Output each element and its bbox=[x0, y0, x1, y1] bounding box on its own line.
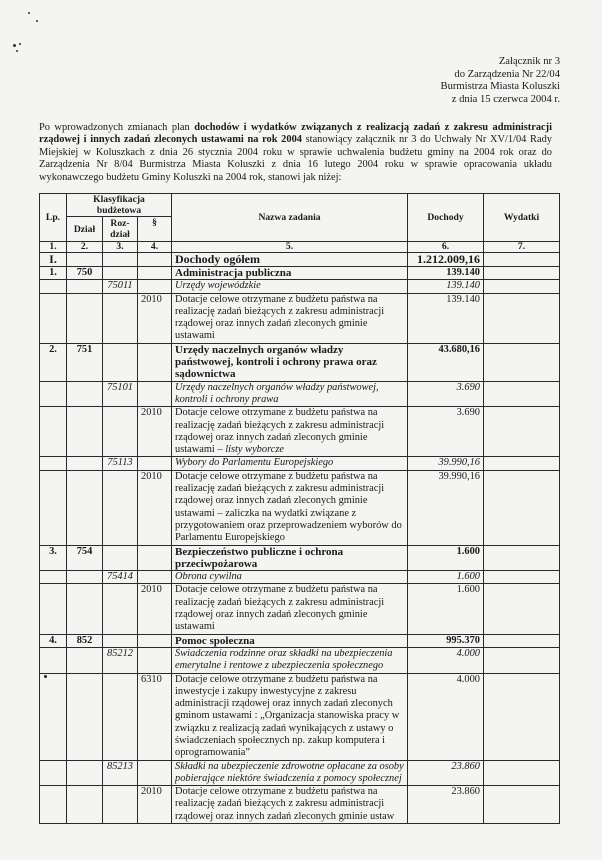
cell-dzial bbox=[67, 647, 103, 673]
cell-rozdzial: 75101 bbox=[103, 381, 138, 407]
cell-nazwa-text: Dotacje celowe otrzymane z budżetu państ… bbox=[175, 584, 384, 632]
cell-dochody: 139.140 bbox=[408, 280, 484, 293]
cell-lp: I. bbox=[40, 253, 67, 267]
cell-dochody-text: 1.600 bbox=[457, 546, 480, 557]
cell-rozdzial bbox=[103, 584, 138, 634]
budget-table: Lp. Klasyfikacja budżetowa Nazwa zadania… bbox=[39, 193, 560, 824]
cell-lp bbox=[40, 571, 67, 584]
cell-nazwa: Wybory do Parlamentu Europejskiego bbox=[172, 457, 408, 470]
cell-lp: 1. bbox=[40, 267, 67, 280]
cell-dochody-text: 39.990,16 bbox=[438, 471, 480, 482]
cell-dochody: 1.212.009,16 bbox=[408, 253, 484, 267]
cell-nazwa: Dotacje celowe otrzymane z budżetu państ… bbox=[172, 407, 408, 457]
cell-lp bbox=[40, 293, 67, 343]
annex-line: z dnia 15 czerwca 2004 r. bbox=[441, 94, 560, 107]
cell-nazwa: Urzędy naczelnych organów władzy państwo… bbox=[172, 381, 408, 407]
cell-paragraf: 2010 bbox=[138, 786, 172, 824]
cell-wydatki bbox=[484, 381, 560, 407]
cell-wydatki bbox=[484, 280, 560, 293]
cell-nazwa: Dochody ogółem bbox=[172, 253, 408, 267]
cell-paragraf bbox=[138, 647, 172, 673]
cell-lp bbox=[40, 673, 67, 760]
cell-dochody: 4.000 bbox=[408, 647, 484, 673]
annex-line: Załącznik nr 3 bbox=[441, 56, 560, 69]
cell-paragraf-text: 2010 bbox=[141, 584, 162, 595]
table-row-sub: 85213Składki na ubezpieczenie zdrowotne … bbox=[40, 760, 560, 786]
cell-dochody: 3.690 bbox=[408, 381, 484, 407]
cell-wydatki bbox=[484, 786, 560, 824]
cell-rozdzial-text: 75101 bbox=[107, 382, 133, 393]
cell-dochody-text: 23.860 bbox=[451, 786, 480, 797]
cell-lp bbox=[40, 381, 67, 407]
cell-nazwa: Obrona cywilna bbox=[172, 571, 408, 584]
cell-rozdzial-text: 85213 bbox=[107, 761, 133, 772]
cell-paragraf bbox=[138, 457, 172, 470]
cell-lp bbox=[40, 647, 67, 673]
cell-dochody: 3.690 bbox=[408, 407, 484, 457]
cell-paragraf-text: 2010 bbox=[141, 471, 162, 482]
cell-nazwa: Dotacje celowe otrzymane z budżetu państ… bbox=[172, 293, 408, 343]
cell-nazwa-text: Wybory do Parlamentu Europejskiego bbox=[175, 457, 333, 468]
cell-rozdzial bbox=[103, 407, 138, 457]
cell-lp bbox=[40, 470, 67, 545]
table-row-total: I.Dochody ogółem1.212.009,16 bbox=[40, 253, 560, 267]
cell-rozdzial: 75113 bbox=[103, 457, 138, 470]
cell-nazwa: Dotacje celowe otrzymane z budżetu państ… bbox=[172, 673, 408, 760]
table-row-item: 6310Dotacje celowe otrzymane z budżetu p… bbox=[40, 673, 560, 760]
cell-dzial-text: 751 bbox=[77, 344, 93, 355]
cell-rozdzial-text: 75414 bbox=[107, 571, 133, 582]
cell-paragraf-text: 2010 bbox=[141, 407, 162, 418]
cell-wydatki bbox=[484, 267, 560, 280]
cell-dzial bbox=[67, 407, 103, 457]
cell-dochody: 139.140 bbox=[408, 293, 484, 343]
cell-dochody-text: 4.000 bbox=[457, 674, 480, 685]
cell-dochody-text: 1.600 bbox=[457, 571, 480, 582]
cell-dochody: 995.370 bbox=[408, 634, 484, 647]
cell-nazwa: Bezpieczeństwo publiczne i ochrona przec… bbox=[172, 545, 408, 571]
column-numbers-row: 1. 2. 3. 4. 5. 6. 7. bbox=[40, 242, 560, 253]
cell-dzial bbox=[67, 381, 103, 407]
cell-wydatki bbox=[484, 253, 560, 267]
colnum: 3. bbox=[103, 242, 138, 253]
cell-wydatki bbox=[484, 673, 560, 760]
cell-dochody: 4.000 bbox=[408, 673, 484, 760]
cell-nazwa-text: Dotacje celowe otrzymane z budżetu państ… bbox=[175, 786, 394, 822]
cell-nazwa-text: Dotacje celowe otrzymane z budżetu państ… bbox=[175, 294, 384, 342]
table-row-item: 2010Dotacje celowe otrzymane z budżetu p… bbox=[40, 407, 560, 457]
cell-dzial: 754 bbox=[67, 545, 103, 571]
cell-dzial bbox=[67, 786, 103, 824]
cell-wydatki bbox=[484, 293, 560, 343]
cell-rozdzial: 85213 bbox=[103, 760, 138, 786]
cell-paragraf: 6310 bbox=[138, 673, 172, 760]
cell-dochody: 1.600 bbox=[408, 545, 484, 571]
header-klasyfikacja: Klasyfikacja budżetowa bbox=[67, 194, 172, 217]
cell-nazwa-text: Urzędy wojewódzkie bbox=[175, 280, 261, 291]
cell-paragraf bbox=[138, 760, 172, 786]
cell-dochody: 139.140 bbox=[408, 267, 484, 280]
cell-wydatki bbox=[484, 634, 560, 647]
cell-paragraf bbox=[138, 253, 172, 267]
cell-dochody: 1.600 bbox=[408, 584, 484, 634]
cell-nazwa-text: Dotacje celowe otrzymane z budżetu państ… bbox=[175, 674, 399, 759]
cell-wydatki bbox=[484, 470, 560, 545]
cell-dochody-text: 995.370 bbox=[446, 635, 480, 646]
cell-nazwa: Pomoc społeczna bbox=[172, 634, 408, 647]
colnum: 6. bbox=[408, 242, 484, 253]
cell-lp-text: 3. bbox=[49, 546, 57, 557]
cell-paragraf bbox=[138, 634, 172, 647]
cell-nazwa: Świadczenia rodzinne oraz składki na ube… bbox=[172, 647, 408, 673]
scan-specks bbox=[0, 0, 60, 60]
cell-nazwa-text: Obrona cywilna bbox=[175, 571, 242, 582]
cell-lp bbox=[40, 760, 67, 786]
cell-paragraf: 2010 bbox=[138, 293, 172, 343]
cell-nazwa-text: Świadczenia rodzinne oraz składki na ube… bbox=[175, 648, 393, 671]
cell-rozdzial bbox=[103, 673, 138, 760]
cell-nazwa-text: Składki na ubezpieczenie zdrowotne opłac… bbox=[175, 761, 404, 784]
cell-rozdzial bbox=[103, 267, 138, 280]
intro-paragraph: Po wprowadzonych zmianach plan dochodów … bbox=[39, 122, 552, 184]
cell-wydatki bbox=[484, 407, 560, 457]
cell-paragraf-text: 2010 bbox=[141, 294, 162, 305]
cell-nazwa-text: Urzędy naczelnych organów władzy państwo… bbox=[175, 382, 379, 405]
table-row-item: 2010Dotacje celowe otrzymane z budżetu p… bbox=[40, 293, 560, 343]
cell-dochody-text: 1.212.009,16 bbox=[417, 252, 480, 266]
annex-line: do Zarządzenia Nr 22/04 bbox=[441, 69, 560, 82]
cell-nazwa-text: Administracja publiczna bbox=[175, 267, 291, 279]
cell-nazwa-text: Urzędy naczelnych organów władzy państwo… bbox=[175, 344, 377, 381]
colnum: 2. bbox=[67, 242, 103, 253]
cell-dzial bbox=[67, 280, 103, 293]
cell-dochody-text: 3.690 bbox=[457, 382, 480, 393]
cell-dochody: 43.680,16 bbox=[408, 343, 484, 381]
header-dochody: Dochody bbox=[408, 194, 484, 242]
cell-paragraf bbox=[138, 267, 172, 280]
cell-nazwa: Dotacje celowe otrzymane z budżetu państ… bbox=[172, 470, 408, 545]
cell-lp-text: 4. bbox=[49, 635, 57, 646]
cell-nazwa-text: Bezpieczeństwo publiczne i ochrona przec… bbox=[175, 546, 343, 570]
cell-lp-text: 1. bbox=[49, 267, 57, 278]
cell-paragraf-text: 2010 bbox=[141, 786, 162, 797]
cell-paragraf bbox=[138, 571, 172, 584]
cell-dochody: 23.860 bbox=[408, 760, 484, 786]
cell-paragraf: 2010 bbox=[138, 470, 172, 545]
cell-dzial-text: 754 bbox=[77, 546, 93, 557]
cell-lp bbox=[40, 584, 67, 634]
intro-text: Po wprowadzonych zmianach plan bbox=[39, 122, 194, 133]
table-row-sub: 75414Obrona cywilna1.600 bbox=[40, 571, 560, 584]
cell-dochody-text: 4.000 bbox=[457, 648, 480, 659]
header-rozdzial: Roz- dział bbox=[103, 217, 138, 242]
cell-dzial: 750 bbox=[67, 267, 103, 280]
cell-dochody: 23.860 bbox=[408, 786, 484, 824]
cell-dochody-text: 139.140 bbox=[446, 280, 480, 291]
cell-nazwa-text: Pomoc społeczna bbox=[175, 635, 255, 647]
cell-wydatki bbox=[484, 343, 560, 381]
cell-wydatki bbox=[484, 647, 560, 673]
cell-dzial bbox=[67, 673, 103, 760]
cell-dochody-text: 39.990,16 bbox=[438, 457, 480, 468]
cell-dzial bbox=[67, 253, 103, 267]
cell-rozdzial-text: 75113 bbox=[107, 457, 132, 468]
annex-header: Załącznik nr 3 do Zarządzenia Nr 22/04 B… bbox=[441, 56, 560, 106]
cell-rozdzial-text: 75011 bbox=[107, 280, 132, 291]
cell-lp-text: 2. bbox=[49, 344, 57, 355]
cell-rozdzial: 75414 bbox=[103, 571, 138, 584]
cell-dochody: 39.990,16 bbox=[408, 457, 484, 470]
cell-nazwa: Dotacje celowe otrzymane z budżetu państ… bbox=[172, 584, 408, 634]
cell-rozdzial bbox=[103, 293, 138, 343]
cell-dochody-text: 139.140 bbox=[446, 267, 480, 278]
cell-dzial bbox=[67, 571, 103, 584]
cell-lp bbox=[40, 280, 67, 293]
cell-dochody-text: 1.600 bbox=[457, 584, 480, 595]
cell-rozdzial bbox=[103, 253, 138, 267]
cell-paragraf: 2010 bbox=[138, 584, 172, 634]
cell-lp bbox=[40, 407, 67, 457]
cell-dzial bbox=[67, 293, 103, 343]
cell-nazwa: Dotacje celowe otrzymane z budżetu państ… bbox=[172, 786, 408, 824]
cell-lp: 3. bbox=[40, 545, 67, 571]
header-dzial: Dział bbox=[67, 217, 103, 242]
table-row-item: 2010Dotacje celowe otrzymane z budżetu p… bbox=[40, 786, 560, 824]
cell-nazwa-text: Dotacje celowe otrzymane z budżetu państ… bbox=[175, 471, 402, 543]
cell-dochody-text: 23.860 bbox=[451, 761, 480, 772]
table-row-item: 2010Dotacje celowe otrzymane z budżetu p… bbox=[40, 584, 560, 634]
annex-line: Burmistrza Miasta Koluszki bbox=[441, 81, 560, 94]
cell-nazwa: Administracja publiczna bbox=[172, 267, 408, 280]
table-row-section: 4.852Pomoc społeczna995.370 bbox=[40, 634, 560, 647]
cell-rozdzial: 85212 bbox=[103, 647, 138, 673]
colnum: 5. bbox=[172, 242, 408, 253]
cell-wydatki bbox=[484, 584, 560, 634]
cell-dochody: 39.990,16 bbox=[408, 470, 484, 545]
cell-nazwa-italic: listy wyborcze bbox=[225, 444, 284, 455]
cell-lp-text: I. bbox=[49, 252, 57, 266]
cell-dochody: 1.600 bbox=[408, 571, 484, 584]
cell-dzial bbox=[67, 760, 103, 786]
cell-nazwa: Urzędy wojewódzkie bbox=[172, 280, 408, 293]
cell-wydatki bbox=[484, 571, 560, 584]
table-row-sub: 75011Urzędy wojewódzkie139.140 bbox=[40, 280, 560, 293]
cell-dochody-text: 43.680,16 bbox=[438, 344, 480, 355]
cell-wydatki bbox=[484, 760, 560, 786]
cell-rozdzial: 75011 bbox=[103, 280, 138, 293]
cell-dzial-text: 852 bbox=[77, 635, 93, 646]
cell-paragraf: 2010 bbox=[138, 407, 172, 457]
cell-nazwa: Składki na ubezpieczenie zdrowotne opłac… bbox=[172, 760, 408, 786]
cell-wydatki bbox=[484, 545, 560, 571]
table-row-section: 2.751Urzędy naczelnych organów władzy pa… bbox=[40, 343, 560, 381]
cell-rozdzial bbox=[103, 343, 138, 381]
cell-dochody-text: 139.140 bbox=[446, 294, 480, 305]
header-paragraf: § bbox=[138, 217, 172, 242]
cell-lp: 2. bbox=[40, 343, 67, 381]
colnum: 4. bbox=[138, 242, 172, 253]
cell-dzial bbox=[67, 470, 103, 545]
header-wydatki: Wydatki bbox=[484, 194, 560, 242]
colnum: 1. bbox=[40, 242, 67, 253]
table-row-sub: 75113Wybory do Parlamentu Europejskiego3… bbox=[40, 457, 560, 470]
cell-rozdzial bbox=[103, 634, 138, 647]
cell-lp bbox=[40, 786, 67, 824]
cell-dzial: 852 bbox=[67, 634, 103, 647]
cell-dochody-text: 3.690 bbox=[457, 407, 480, 418]
cell-lp: 4. bbox=[40, 634, 67, 647]
table-row-sub: 75101Urzędy naczelnych organów władzy pa… bbox=[40, 381, 560, 407]
scan-dot bbox=[44, 675, 47, 678]
colnum: 7. bbox=[484, 242, 560, 253]
table-row-sub: 85212Świadczenia rodzinne oraz składki n… bbox=[40, 647, 560, 673]
cell-lp bbox=[40, 457, 67, 470]
cell-paragraf bbox=[138, 381, 172, 407]
cell-rozdzial bbox=[103, 786, 138, 824]
cell-dzial bbox=[67, 457, 103, 470]
header-nazwa: Nazwa zadania bbox=[172, 194, 408, 242]
cell-rozdzial bbox=[103, 470, 138, 545]
cell-paragraf-text: 6310 bbox=[141, 674, 162, 685]
table-row-section: 3.754Bezpieczeństwo publiczne i ochrona … bbox=[40, 545, 560, 571]
cell-rozdzial-text: 85212 bbox=[107, 648, 133, 659]
cell-dzial: 751 bbox=[67, 343, 103, 381]
cell-paragraf bbox=[138, 545, 172, 571]
cell-paragraf bbox=[138, 280, 172, 293]
cell-rozdzial bbox=[103, 545, 138, 571]
cell-wydatki bbox=[484, 457, 560, 470]
cell-paragraf bbox=[138, 343, 172, 381]
cell-dzial-text: 750 bbox=[77, 267, 93, 278]
cell-dzial bbox=[67, 584, 103, 634]
cell-nazwa: Urzędy naczelnych organów władzy państwo… bbox=[172, 343, 408, 381]
header-lp: Lp. bbox=[40, 194, 67, 242]
table-row-section: 1.750Administracja publiczna139.140 bbox=[40, 267, 560, 280]
table-row-item: 2010Dotacje celowe otrzymane z budżetu p… bbox=[40, 470, 560, 545]
cell-nazwa-text: Dochody ogółem bbox=[175, 252, 260, 266]
